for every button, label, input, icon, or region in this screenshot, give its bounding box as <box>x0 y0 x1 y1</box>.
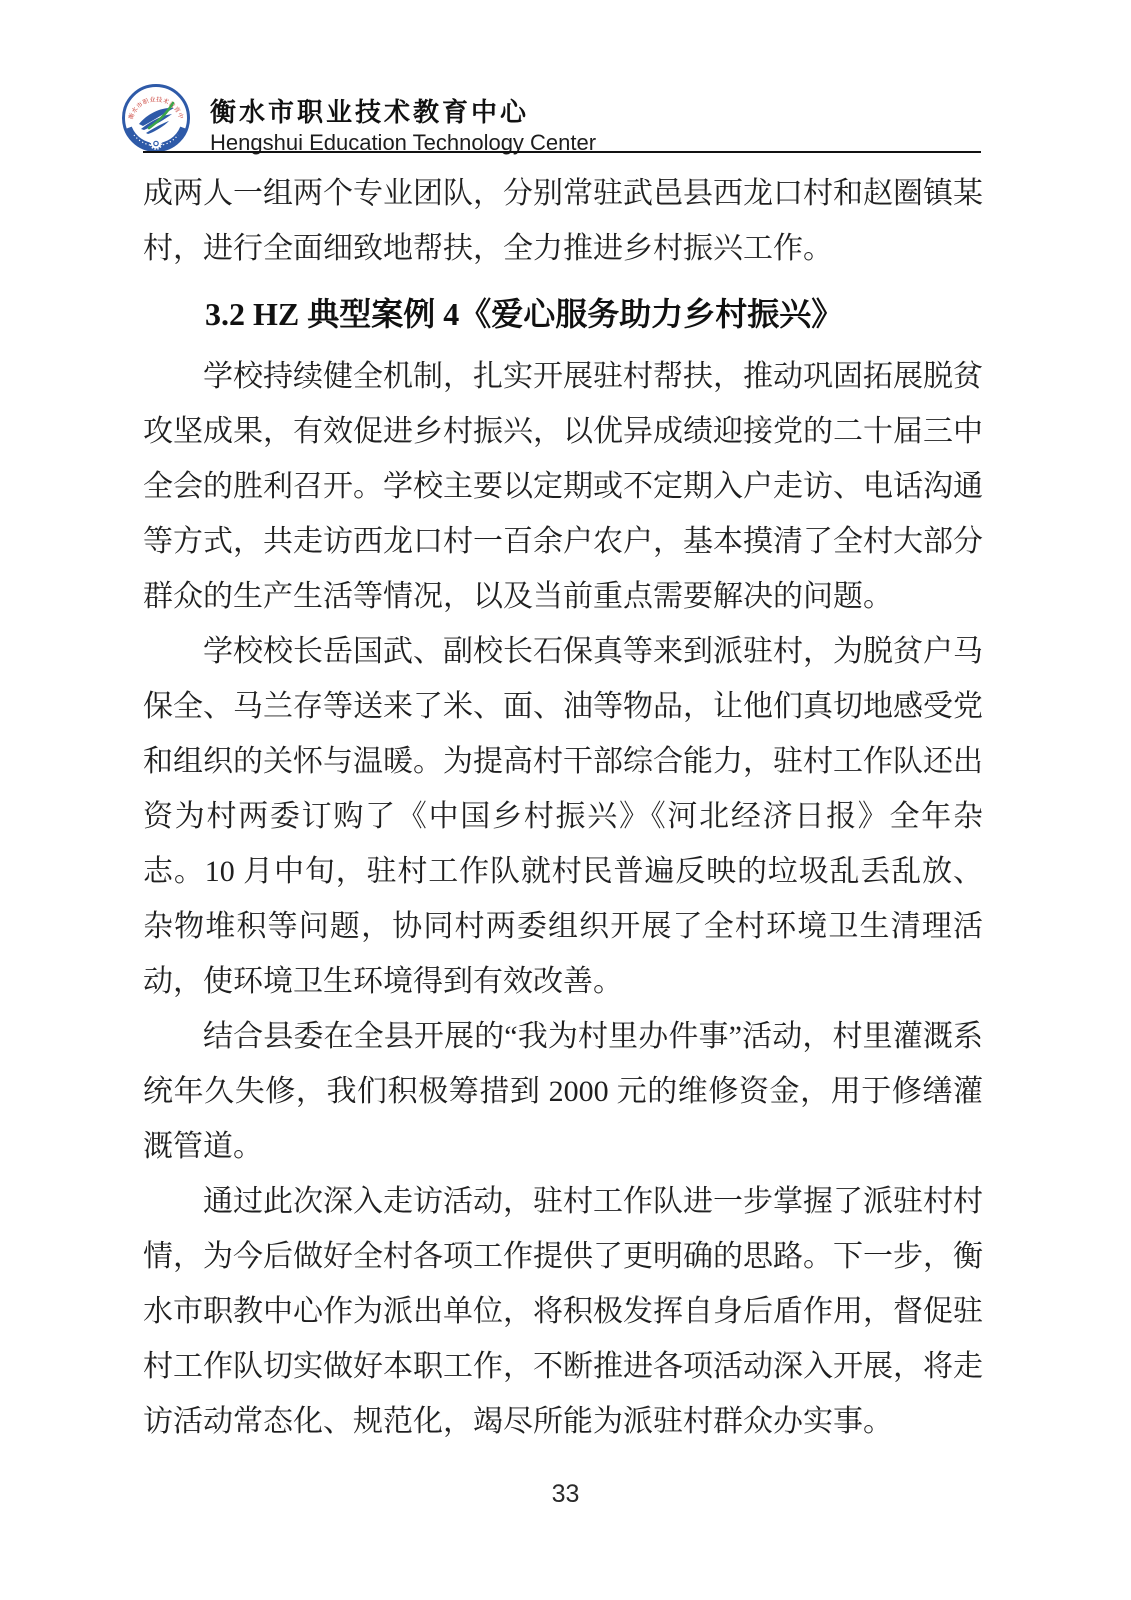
header-divider <box>143 151 981 153</box>
header: 衡水市职业技术教育中心 Hengshui Education Technolog… <box>210 98 596 155</box>
document-page: 衡水市职业技术教育中心 衡水市职业技术教育中心 Hengshui Educati… <box>0 0 1131 1600</box>
body-paragraph: 学校校长岳国武、副校长石保真等来到派驻村，为脱贫户马保全、马兰存等送来了米、面、… <box>143 624 983 1009</box>
body-paragraph: 结合县委在全县开展的“我为村里办件事”活动，村里灌溉系统年久失修，我们积极筹措到… <box>143 1009 983 1174</box>
page-number: 33 <box>0 1480 1131 1509</box>
school-logo-icon: 衡水市职业技术教育中心 <box>121 83 191 153</box>
body-paragraph: 通过此次深入走访活动，驻村工作队进一步掌握了派驻村村情，为今后做好全村各项工作提… <box>143 1174 983 1449</box>
body-paragraph: 学校持续健全机制，扎实开展驻村帮扶，推动巩固拓展脱贫攻坚成果，有效促进乡村振兴，… <box>143 349 983 624</box>
document-body: 成两人一组两个专业团队，分别常驻武邑县西龙口村和赵圈镇某村，进行全面细致地帮扶，… <box>143 166 983 1449</box>
section-heading: 3.2 HZ 典型案例 4《爱心服务助力乡村振兴》 <box>143 289 983 339</box>
continuation-paragraph: 成两人一组两个专业团队，分别常驻武邑县西龙口村和赵圈镇某村，进行全面细致地帮扶，… <box>143 166 983 276</box>
org-name-zh: 衡水市职业技术教育中心 <box>210 98 596 128</box>
